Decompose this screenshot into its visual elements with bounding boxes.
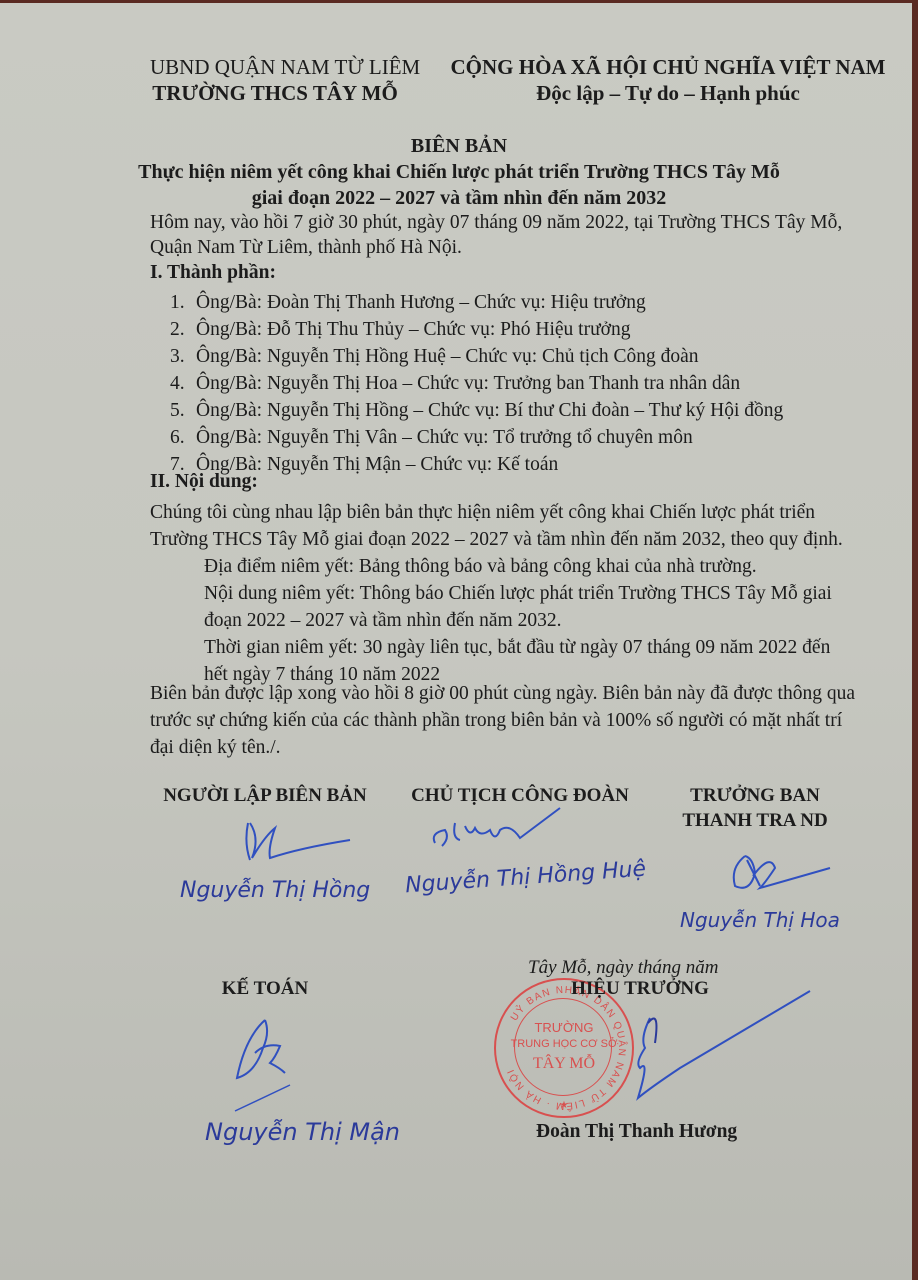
- member-text: Ông/Bà: Nguyễn Thị Hồng – Chức vụ: Bí th…: [196, 400, 783, 421]
- document-page: UBND QUẬN NAM TỪ LIÊM TRƯỜNG THCS TÂY MỖ…: [0, 3, 912, 1280]
- svg-text:★: ★: [560, 1100, 569, 1111]
- member-number: 5.: [170, 400, 196, 422]
- member-text: Ông/Bà: Đoàn Thị Thanh Hương – Chức vụ: …: [196, 292, 646, 313]
- member-text: Ông/Bà: Đỗ Thị Thu Thủy – Chức vụ: Phó H…: [196, 319, 630, 340]
- issuing-authority: UBND QUẬN NAM TỪ LIÊM: [150, 55, 400, 80]
- national-title: CỘNG HÒA XÃ HỘI CHỦ NGHĨA VIỆT NAM: [448, 55, 888, 80]
- posting-content-line1: Nội dung niêm yết: Thông báo Chiến lược …: [204, 583, 832, 605]
- closing-line2: trước sự chứng kiến của các thành phần t…: [150, 710, 842, 732]
- member-text: Ông/Bà: Nguyễn Thị Hoa – Chức vụ: Trưởng…: [196, 373, 740, 394]
- union-chair-handwritten-name: Nguyễn Thị Hồng Huệ: [404, 857, 646, 899]
- stamp-line2: TRUNG HỌC CƠ SỞ: [496, 1038, 632, 1050]
- recorder-signature: [240, 818, 360, 868]
- section1-heading: I. Thành phần:: [150, 262, 276, 284]
- union-chair-signature: [420, 808, 570, 853]
- inspector-title-line1: TRƯỞNG BAN: [660, 785, 850, 807]
- school-name: TRƯỜNG THCS TÂY MỖ: [150, 81, 400, 106]
- union-chair-title: CHỦ TỊCH CÔNG ĐOÀN: [400, 785, 640, 807]
- member-list-item: 5.Ông/Bà: Nguyễn Thị Hồng – Chức vụ: Bí …: [170, 400, 783, 422]
- document-subtitle-line2: giai đoạn 2022 – 2027 và tầm nhìn đến nă…: [0, 187, 918, 210]
- recorder-handwritten-name: Nguyễn Thị Hồng: [180, 878, 370, 903]
- intro-line2: Quận Nam Từ Liêm, thành phố Hà Nội.: [150, 237, 462, 259]
- recorder-title: NGƯỜI LẬP BIÊN BẢN: [150, 785, 380, 807]
- posting-location: Địa điểm niêm yết: Bảng thông báo và bản…: [204, 556, 757, 578]
- accountant-signature: [225, 1018, 305, 1088]
- accountant-title: KẾ TOÁN: [190, 978, 340, 1000]
- stamp-line1: TRƯỜNG: [496, 1020, 632, 1035]
- closing-line3: đại diện ký tên./.: [150, 737, 281, 759]
- posting-time-line1: Thời gian niêm yết: 30 ngày liên tục, bắ…: [204, 637, 830, 659]
- intro-line1: Hôm nay, vào hồi 7 giờ 30 phút, ngày 07 …: [150, 212, 842, 234]
- national-motto: Độc lập – Tự do – Hạnh phúc: [448, 81, 888, 106]
- inspector-handwritten-name: Nguyễn Thị Hoa: [680, 908, 840, 932]
- date-line: Tây Mỗ, ngày tháng năm: [528, 957, 719, 979]
- member-number: 2.: [170, 319, 196, 341]
- principal-signature: [620, 988, 820, 1108]
- closing-line1: Biên bản được lập xong vào hồi 8 giờ 00 …: [150, 683, 855, 705]
- document-title: BIÊN BẢN: [0, 135, 918, 158]
- member-number: 6.: [170, 427, 196, 449]
- member-list-item: 1.Ông/Bà: Đoàn Thị Thanh Hương – Chức vụ…: [170, 292, 646, 314]
- member-number: 4.: [170, 373, 196, 395]
- document-subtitle-line1: Thực hiện niêm yết công khai Chiến lược …: [0, 161, 918, 184]
- member-list-item: 2.Ông/Bà: Đỗ Thị Thu Thủy – Chức vụ: Phó…: [170, 319, 630, 341]
- section2-heading: II. Nội dung:: [150, 471, 258, 493]
- inspector-title-line2: THANH TRA ND: [660, 810, 850, 832]
- member-text: Ông/Bà: Nguyễn Thị Hồng Huệ – Chức vụ: C…: [196, 346, 699, 367]
- inspector-signature: [725, 848, 835, 898]
- content-para-line1: Chúng tôi cùng nhau lập biên bản thực hi…: [150, 502, 815, 524]
- content-para-line2: Trường THCS Tây Mỗ giai đoạn 2022 – 2027…: [150, 529, 843, 551]
- member-list-item: 4.Ông/Bà: Nguyễn Thị Hoa – Chức vụ: Trưở…: [170, 373, 740, 395]
- member-list-item: 6.Ông/Bà: Nguyễn Thị Vân – Chức vụ: Tổ t…: [170, 427, 693, 449]
- member-number: 3.: [170, 346, 196, 368]
- member-list-item: 3.Ông/Bà: Nguyễn Thị Hồng Huệ – Chức vụ:…: [170, 346, 699, 368]
- accountant-flourish: [230, 1083, 300, 1113]
- accountant-handwritten-name: Nguyễn Thị Mận: [205, 1118, 400, 1146]
- posting-content-line2: đoạn 2022 – 2027 và tầm nhìn đến năm 203…: [204, 610, 561, 632]
- member-number: 1.: [170, 292, 196, 314]
- member-text: Ông/Bà: Nguyễn Thị Vân – Chức vụ: Tổ trư…: [196, 427, 693, 448]
- principal-name: Đoàn Thị Thanh Hương: [536, 1121, 737, 1143]
- stamp-line3: TÂY MỖ: [496, 1055, 632, 1073]
